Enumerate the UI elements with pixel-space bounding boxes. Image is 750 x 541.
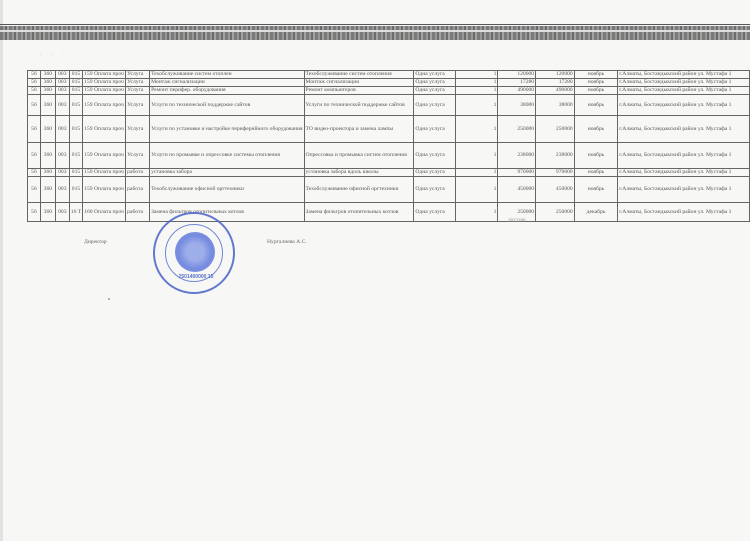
table-cell: г.Алматы, Бостандыкский район ул. Мустаф… xyxy=(618,71,750,79)
table-cell: 003 xyxy=(55,95,69,116)
table-cell: 1 xyxy=(456,116,498,143)
official-stamp: 2501400000 15 xyxy=(153,212,235,294)
table-cell: 015 xyxy=(69,177,82,203)
table-cell: декабрь xyxy=(574,203,618,222)
table-cell: 17280 xyxy=(498,79,536,87)
table-cell: 003 xyxy=(55,143,69,169)
table-cell: 360 xyxy=(40,169,55,177)
table-cell: 120000 xyxy=(536,71,575,79)
table-row: 56360003015159 Оплата прочработаустановк… xyxy=(28,169,750,177)
table-cell: ноябрь xyxy=(574,87,618,95)
table-cell: ТО видео-проектора и замена лампы xyxy=(304,116,414,143)
table-cell: 1 xyxy=(456,203,498,222)
table-cell: 1 xyxy=(456,79,498,87)
stamp-number: 2501400000 15 xyxy=(170,274,222,280)
table-cell: 015 xyxy=(69,95,82,116)
scan-edge xyxy=(0,0,3,541)
table-cell: 159 Оплата проч xyxy=(83,169,126,177)
table-cell: 120000 xyxy=(498,71,536,79)
table-cell: г.Алматы, Бостандыкский район ул. Мустаф… xyxy=(618,203,750,222)
table-cell: 490000 xyxy=(536,87,575,95)
table-cell: работа xyxy=(126,177,150,203)
table-row: 56360003015159 Оплата прочУслугаУслуги п… xyxy=(28,95,750,116)
table-cell: г.Алматы, Бостандыкский район ул. Мустаф… xyxy=(618,169,750,177)
stamp-emblem-icon xyxy=(175,232,215,272)
table-cell: 360 xyxy=(40,87,55,95)
table-cell: работа xyxy=(126,203,150,222)
table-cell: Услуги по технической поддержке сайтов xyxy=(150,95,304,116)
table-cell: 360 xyxy=(40,79,55,87)
table-cell: 56 xyxy=(28,203,41,222)
table-cell: 17280 xyxy=(536,79,575,87)
table-cell: работа xyxy=(126,169,150,177)
table-cell: 490000 xyxy=(498,87,536,95)
table-cell: 1 xyxy=(456,95,498,116)
table-cell: 159 Оплата проч xyxy=(83,87,126,95)
table-cell: 38000 xyxy=(498,95,536,116)
table-row: 5636000316 Т160 Оплата прочработаЗамена … xyxy=(28,203,750,222)
table-cell: Одна услуга xyxy=(414,71,456,79)
table-cell: 360 xyxy=(40,116,55,143)
table-cell: Одна услуга xyxy=(414,87,456,95)
table-cell: Одна услуга xyxy=(414,79,456,87)
table-cell: Техобслуживание офисной оргтехники xyxy=(150,177,304,203)
table-cell: 159 Оплата проч xyxy=(83,71,126,79)
table-cell: 1 xyxy=(456,71,498,79)
table-cell: 003 xyxy=(55,79,69,87)
table-cell: 450000 xyxy=(498,177,536,203)
faint-header-mark: · · · xyxy=(40,52,69,58)
table-cell: 1 xyxy=(456,143,498,169)
table-cell: 56 xyxy=(28,87,41,95)
table-cell: 450000 xyxy=(536,177,575,203)
table-cell: 250000 xyxy=(536,203,575,222)
table-cell: 003 xyxy=(55,169,69,177)
scan-speck xyxy=(108,298,110,300)
table-cell: 160 Оплата проч xyxy=(83,203,126,222)
table-cell: 56 xyxy=(28,71,41,79)
table-total: 2823280 xyxy=(508,219,526,224)
table-row: 56360003015159 Оплата прочУслугаРемонт п… xyxy=(28,87,750,95)
table-cell: ноябрь xyxy=(574,177,618,203)
table-cell: 360 xyxy=(40,95,55,116)
table-cell: 360 xyxy=(40,71,55,79)
table-cell: 56 xyxy=(28,143,41,169)
table-cell: ноябрь xyxy=(574,71,618,79)
table-cell: 56 xyxy=(28,169,41,177)
table-cell: Опрессовка и промывка систем отопления xyxy=(304,143,414,169)
table-cell: Техобслуживание систем отопления xyxy=(304,71,414,79)
table-cell: 015 xyxy=(69,116,82,143)
table-cell: Одна услуга xyxy=(414,169,456,177)
table-cell: Услуга xyxy=(126,95,150,116)
table-cell: 238000 xyxy=(536,143,575,169)
signature-name: Нургалиева А.С. xyxy=(267,239,307,245)
table-cell: Услуги по технической поддержке сайтов xyxy=(304,95,414,116)
table-row: 56360003015159 Оплата прочУслугаУслуги п… xyxy=(28,143,750,169)
table-cell: 003 xyxy=(55,203,69,222)
table-row: 56360003015159 Оплата прочУслугаУслуги п… xyxy=(28,116,750,143)
table-cell: 16 Т xyxy=(69,203,82,222)
table-cell: 250000 xyxy=(536,116,575,143)
table-cell: 56 xyxy=(28,95,41,116)
signature-role: Директор xyxy=(84,239,107,245)
table-cell: 015 xyxy=(69,79,82,87)
table-row: 56360003015159 Оплата прочработаТехобслу… xyxy=(28,177,750,203)
table-cell: Техобслуживание офисной оргтехники xyxy=(304,177,414,203)
table-cell: 1 xyxy=(456,177,498,203)
table-cell: Одна услуга xyxy=(414,143,456,169)
table-cell: г.Алматы, Бостандыкский район ул. Мустаф… xyxy=(618,87,750,95)
table-cell: Услуга xyxy=(126,71,150,79)
table-cell: Услуги по установке и настройке перифери… xyxy=(150,116,304,143)
table-cell: ноябрь xyxy=(574,79,618,87)
table-cell: Услуга xyxy=(126,79,150,87)
table-cell: Услуга xyxy=(126,143,150,169)
table-cell: 015 xyxy=(69,143,82,169)
table-cell: Замена фильтров отопительных котлов xyxy=(304,203,414,222)
table-cell: 003 xyxy=(55,71,69,79)
table-cell: Услуги по промывке и опрессовке системы … xyxy=(150,143,304,169)
table-cell: ноябрь xyxy=(574,143,618,169)
table-cell: 159 Оплата проч xyxy=(83,143,126,169)
table-cell: 015 xyxy=(69,71,82,79)
table-cell: г.Алматы, Бостандыкский район ул. Мустаф… xyxy=(618,95,750,116)
procurement-table: 56360003015159 Оплата прочУслугаТехобслу… xyxy=(27,70,750,222)
table-cell: Одна услуга xyxy=(414,95,456,116)
table-cell: г.Алматы, Бостандыкский район ул. Мустаф… xyxy=(618,143,750,169)
table-cell: Услуга xyxy=(126,116,150,143)
table-cell: Одна услуга xyxy=(414,177,456,203)
table-cell: 56 xyxy=(28,116,41,143)
table-cell: 159 Оплата проч xyxy=(83,95,126,116)
table-cell: установка забора вдоль школы xyxy=(304,169,414,177)
table-cell: Монтаж сигнализации xyxy=(304,79,414,87)
table-cell: 003 xyxy=(55,87,69,95)
table-cell: ноябрь xyxy=(574,169,618,177)
table-cell: 159 Оплата проч xyxy=(83,116,126,143)
table-row: 56360003015159 Оплата прочУслугаМонтаж с… xyxy=(28,79,750,87)
scan-artifact-band xyxy=(0,26,750,40)
table-cell: 360 xyxy=(40,143,55,169)
table-cell: г.Алматы, Бостандыкский район ул. Мустаф… xyxy=(618,177,750,203)
table-cell: 56 xyxy=(28,79,41,87)
table-cell: г.Алматы, Бостандыкский район ул. Мустаф… xyxy=(618,79,750,87)
table-cell: 238000 xyxy=(498,143,536,169)
table-cell: г.Алматы, Бостандыкский район ул. Мустаф… xyxy=(618,116,750,143)
table-cell: Ремонт компьютеров xyxy=(304,87,414,95)
table-cell: 360 xyxy=(40,203,55,222)
table-cell: 003 xyxy=(55,116,69,143)
table-cell: Ремонт перифер. оборудования xyxy=(150,87,304,95)
table-cell: 015 xyxy=(69,87,82,95)
table-cell: 970000 xyxy=(498,169,536,177)
table-cell: Монтаж сигнализации xyxy=(150,79,304,87)
table-cell: 159 Оплата проч xyxy=(83,177,126,203)
table-cell: ноябрь xyxy=(574,116,618,143)
table-cell: ноябрь xyxy=(574,95,618,116)
table-cell: 970000 xyxy=(536,169,575,177)
table-cell: 015 xyxy=(69,169,82,177)
table-cell: 250000 xyxy=(498,116,536,143)
table-cell: Услуга xyxy=(126,87,150,95)
table-cell: 56 xyxy=(28,177,41,203)
table-cell: 159 Оплата проч xyxy=(83,79,126,87)
table-cell: Техобслуживание систем отоплен xyxy=(150,71,304,79)
table-cell: Одна услуга xyxy=(414,116,456,143)
table-cell: 1 xyxy=(456,87,498,95)
table-cell: 003 xyxy=(55,177,69,203)
table-row: 56360003015159 Оплата прочУслугаТехобслу… xyxy=(28,71,750,79)
table-cell: 1 xyxy=(456,169,498,177)
table-cell: 38000 xyxy=(536,95,575,116)
table-cell: установка забора xyxy=(150,169,304,177)
table-cell: 360 xyxy=(40,177,55,203)
table-cell: Одна услуга xyxy=(414,203,456,222)
